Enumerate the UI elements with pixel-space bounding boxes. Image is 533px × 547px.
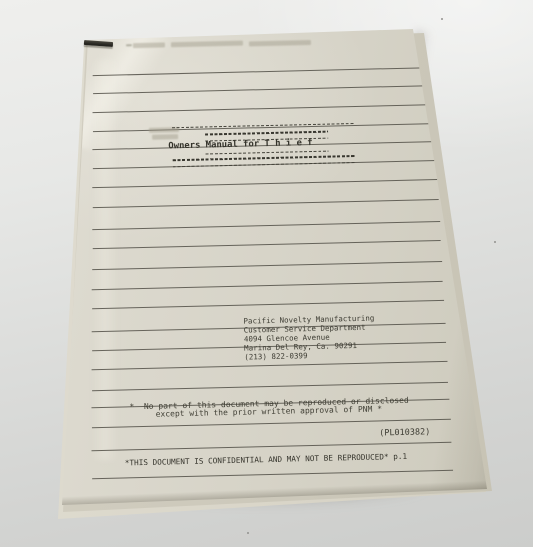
dust-speck [441, 18, 443, 20]
ruled-line [92, 300, 444, 309]
ruled-line [93, 85, 433, 94]
faint-text-smudge [171, 41, 243, 48]
ruled-line [92, 470, 453, 480]
ruled-line [92, 281, 443, 290]
photo-canvas: Owners Manual for T h i e f Pacific Nove… [0, 0, 533, 547]
ruled-line [92, 361, 447, 370]
ruled-line [92, 442, 452, 451]
dust-speck [494, 241, 496, 243]
bleed-through-smudge [152, 134, 178, 140]
ruled-line [92, 382, 449, 391]
faint-text-smudge [133, 42, 165, 48]
ruled-line [92, 419, 451, 428]
ruled-line [93, 104, 434, 113]
dust-speck [247, 532, 249, 534]
title-dash-rule [205, 131, 328, 136]
address-line: (213) 822-0399 [244, 350, 375, 362]
faint-text-smudge [126, 44, 132, 46]
ruled-line [92, 179, 437, 188]
ruled-line [92, 261, 442, 270]
title-dash-rule [206, 151, 329, 155]
part-number: (PL010382) [379, 428, 430, 438]
manufacturer-address-block: Pacific Novelty ManufacturingCustomer Se… [243, 314, 375, 362]
faint-text-smudge [249, 40, 311, 46]
confidential-footer: *THIS DOCUMENT IS CONFIDENTIAL AND MAY N… [125, 452, 407, 468]
ruled-line [92, 221, 440, 230]
title-dash-rule [173, 155, 355, 161]
ruled-line [93, 67, 432, 76]
document-title: Owners Manual for T h i e f [168, 139, 312, 151]
ruled-line [92, 240, 441, 249]
title-dash-rule [173, 162, 355, 167]
ruled-line [92, 199, 438, 208]
